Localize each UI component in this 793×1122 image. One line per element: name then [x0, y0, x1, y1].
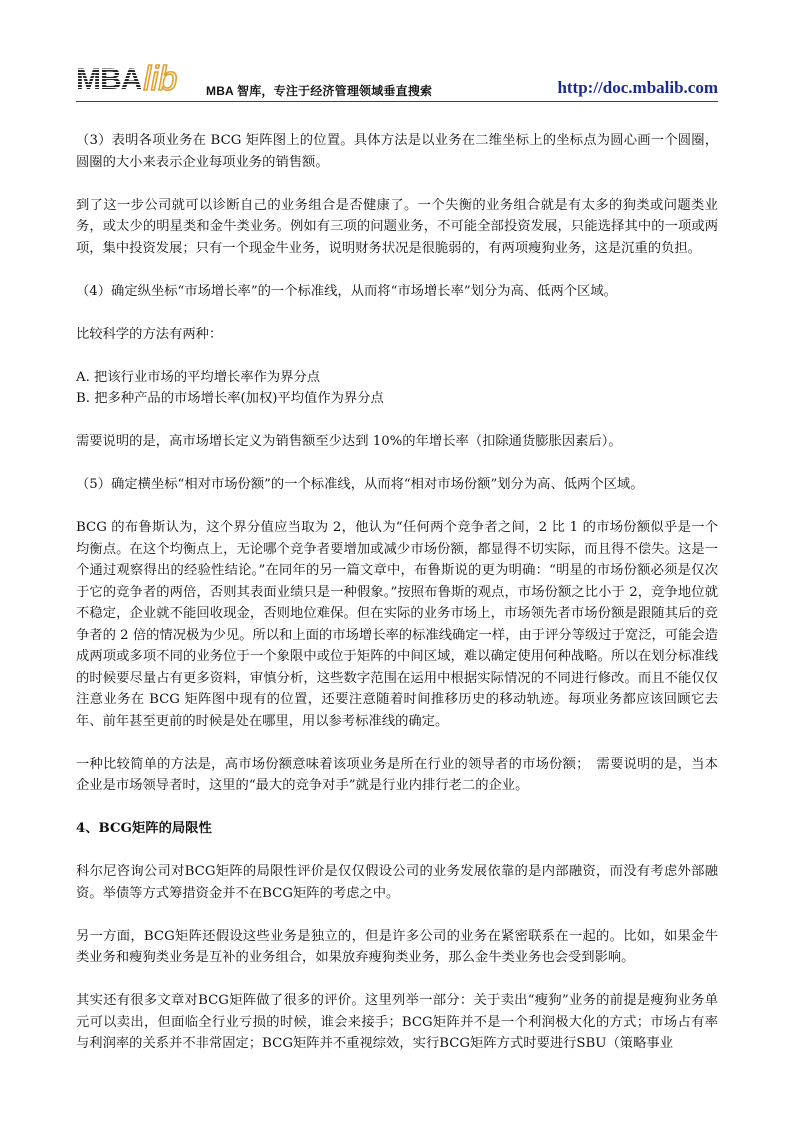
- paragraph-other-critiques: 其实还有很多文章对BCG矩阵做了很多的评价。这里列举一部分：关于卖出“瘦狗”业务…: [76, 990, 718, 1055]
- logo-mba-text: MBA: [76, 64, 141, 96]
- paragraph-step-3: （3）表明各项业务在 BCG 矩阵图上的位置。具体方法是以业务在二维坐标上的坐标…: [76, 130, 718, 173]
- paragraph-independence-assumption: 另一方面，BCG矩阵还假设这些业务是独立的，但是许多公司的业务在紧密联系在一起的…: [76, 926, 718, 969]
- header-divider: [76, 101, 718, 102]
- mbalib-logo: MBA lib: [76, 56, 177, 96]
- paragraph-growth-definition: 需要说明的是，高市场增长定义为销售额至少达到 10%的年增长率（扣除通货膨胀因素…: [76, 431, 718, 453]
- paragraph-simple-method: 一种比较简单的方法是，高市场份额意味着该项业务是所在行业的领导者的市场份额； 需…: [76, 754, 718, 797]
- logo-lib-text: lib: [143, 62, 177, 96]
- paragraph-step-4: （4）确定纵坐标“市场增长率”的一个标准线，从而将“市场增长率”划分为高、低两个…: [76, 281, 718, 303]
- paragraph-portfolio-diagnosis: 到了这一步公司就可以诊断自己的业务组合是否健康了。一个失衡的业务组合就是有太多的…: [76, 195, 718, 260]
- list-item-a: A. 把该行业市场的平均增长率作为界分点: [76, 367, 718, 389]
- list-item-b: B. 把多种产品的市场增长率(加权)平均值作为界分点: [76, 388, 718, 410]
- header-tagline: MBA 智库，专注于经济管理领域垂直搜索: [206, 82, 432, 99]
- section-heading-limitations: 4、BCG矩阵的局限性: [76, 818, 718, 840]
- site-url-link[interactable]: http://doc.mbalib.com: [557, 78, 718, 98]
- document-body: （3）表明各项业务在 BCG 矩阵图上的位置。具体方法是以业务在二维坐标上的坐标…: [76, 130, 718, 1076]
- page-header: MBA lib MBA 智库，专注于经济管理领域垂直搜索 http://doc.…: [76, 56, 718, 102]
- paragraph-kearney-critique: 科尔尼咨询公司对BCG矩阵的局限性评价是仅仅假设公司的业务发展依靠的是内部融资，…: [76, 861, 718, 904]
- paragraph-step-5: （5）确定横坐标“相对市场份额”的一个标准线，从而将“相对市场份额”划分为高、低…: [76, 474, 718, 496]
- paragraph-bruce-view: BCG 的布鲁斯认为，这个界分值应当取为 2，他认为“任何两个竞争者之间，2 比…: [76, 517, 718, 732]
- paragraph-methods-intro: 比较科学的方法有两种：: [76, 324, 718, 346]
